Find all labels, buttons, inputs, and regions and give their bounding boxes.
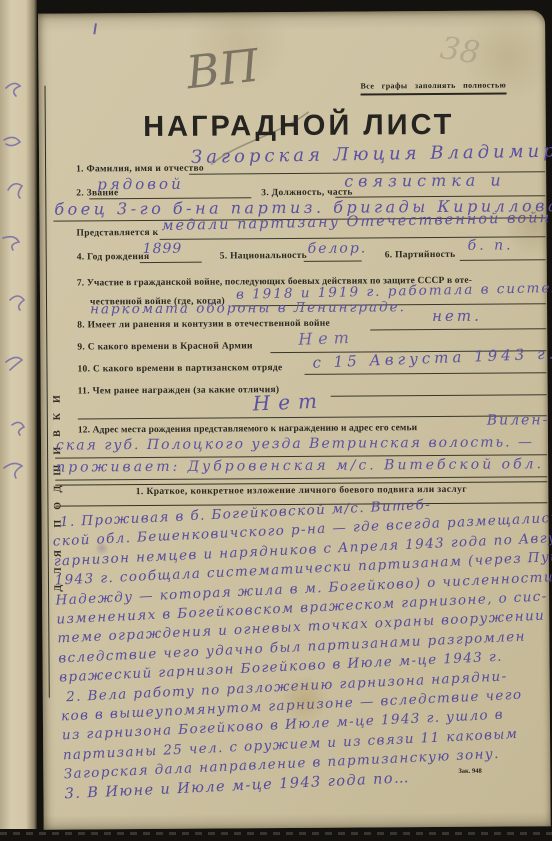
field11-underline2 bbox=[78, 415, 547, 419]
stamp-note: Все графы заполнять полностью bbox=[360, 81, 506, 96]
scanned-award-sheet: ВП 38 Все графы заполнять полностью НАГР… bbox=[0, 0, 552, 841]
field12-value-line1: Вилен- bbox=[487, 412, 550, 428]
field2-value: рядовой bbox=[97, 175, 184, 194]
field6-underline bbox=[460, 259, 546, 261]
pencil-page-number: 38 bbox=[438, 30, 482, 71]
ink-tick bbox=[93, 23, 97, 34]
print-order-code: Зак. 948 bbox=[458, 768, 481, 775]
field12-underline2 bbox=[55, 476, 547, 480]
field11-value: Нет bbox=[252, 389, 325, 416]
field12-value-line2: ская губ. Полоцкого уезда Ветринская вол… bbox=[56, 434, 534, 453]
pencil-initials: ВП bbox=[184, 39, 262, 100]
field11-label: 11. Чем ранее награжден (за какие отличи… bbox=[78, 385, 280, 396]
field4-value: 1899 bbox=[143, 241, 183, 257]
field7-value-line2: наркомата обороны в Ленинграде. bbox=[90, 299, 406, 317]
page-title: НАГРАДНОЙ ЛИСТ bbox=[134, 109, 464, 144]
field8-label: 8. Имеет ли ранения и контузии в отечест… bbox=[77, 319, 330, 331]
field9-label: 9. С какого времени в Красной Армии bbox=[77, 341, 252, 352]
field4-label: 4. Год рождения bbox=[77, 252, 150, 263]
field9-value: Нет bbox=[298, 328, 355, 349]
field3-value: связистка и bbox=[344, 171, 506, 191]
margin-ink-squiggles bbox=[0, 0, 37, 820]
field5-label: 5. Национальность bbox=[220, 251, 307, 262]
present-label: Представляется к bbox=[77, 228, 159, 239]
field12-value-line3: проживает: Дубровенская м/с. Витебской о… bbox=[56, 456, 544, 475]
field10-value: с 15 Августа 1943 г. bbox=[312, 344, 552, 371]
field5-underline bbox=[304, 261, 362, 262]
field8-underline bbox=[370, 328, 546, 330]
field6-value: б. п. bbox=[468, 237, 514, 253]
field4-underline bbox=[140, 262, 202, 263]
binding-margin-rule bbox=[45, 86, 50, 698]
field11-underline1 bbox=[331, 394, 547, 397]
field6-label: 6. Партийность bbox=[385, 250, 456, 260]
adjacent-page-edge bbox=[0, 0, 37, 829]
award-sheet-page: ВП 38 Все графы заполнять полностью НАГР… bbox=[38, 10, 551, 830]
field10-underline bbox=[305, 372, 547, 375]
field12-label: 12. Адрес места рождения представляемого… bbox=[78, 423, 417, 435]
field8-value: нет. bbox=[432, 307, 482, 325]
feat-narrative: 1. Проживая в б. Богейковской м/с. Витеб… bbox=[51, 490, 552, 804]
field1-label: 1. Фамилия, имя и отчество bbox=[76, 164, 204, 175]
scan-bottom-texture bbox=[0, 832, 552, 835]
field5-value: белор. bbox=[308, 240, 368, 256]
field10-label: 10. С какого времени в партизанском отря… bbox=[77, 363, 282, 374]
